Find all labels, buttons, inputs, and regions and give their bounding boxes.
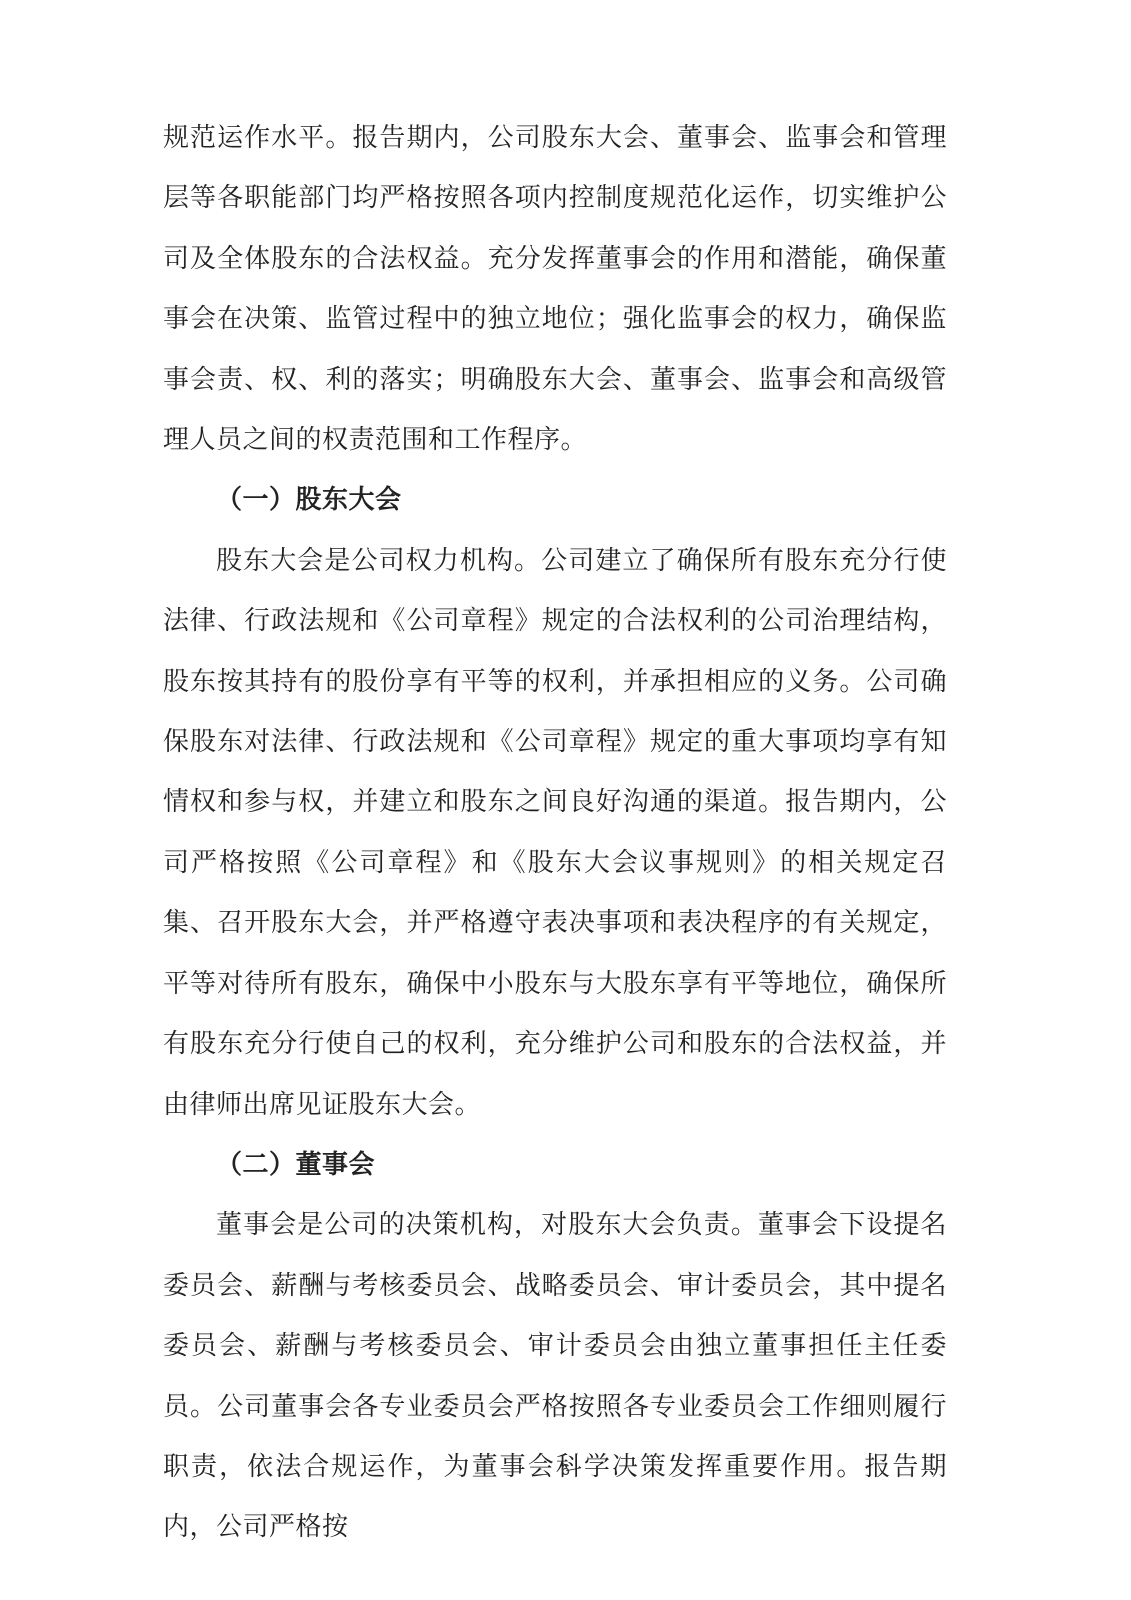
section-heading-board-of-directors: （二）董事会 <box>163 1135 947 1195</box>
paragraph-board-of-directors: 董事会是公司的决策机构，对股东大会负责。董事会下设提名委员会、薪酬与考核委员会、… <box>163 1195 947 1557</box>
section-heading-shareholders-meeting: （一）股东大会 <box>163 470 947 530</box>
page-number: 6 <box>0 1462 1131 1480</box>
paragraph-shareholders-meeting: 股东大会是公司权力机构。公司建立了确保所有股东充分行使法律、行政法规和《公司章程… <box>163 531 947 1135</box>
document-page: 规范运作水平。报告期内，公司股东大会、董事会、监事会和管理层等各职能部门均严格按… <box>163 108 947 1558</box>
paragraph-governance-intro: 规范运作水平。报告期内，公司股东大会、董事会、监事会和管理层等各职能部门均严格按… <box>163 108 947 470</box>
